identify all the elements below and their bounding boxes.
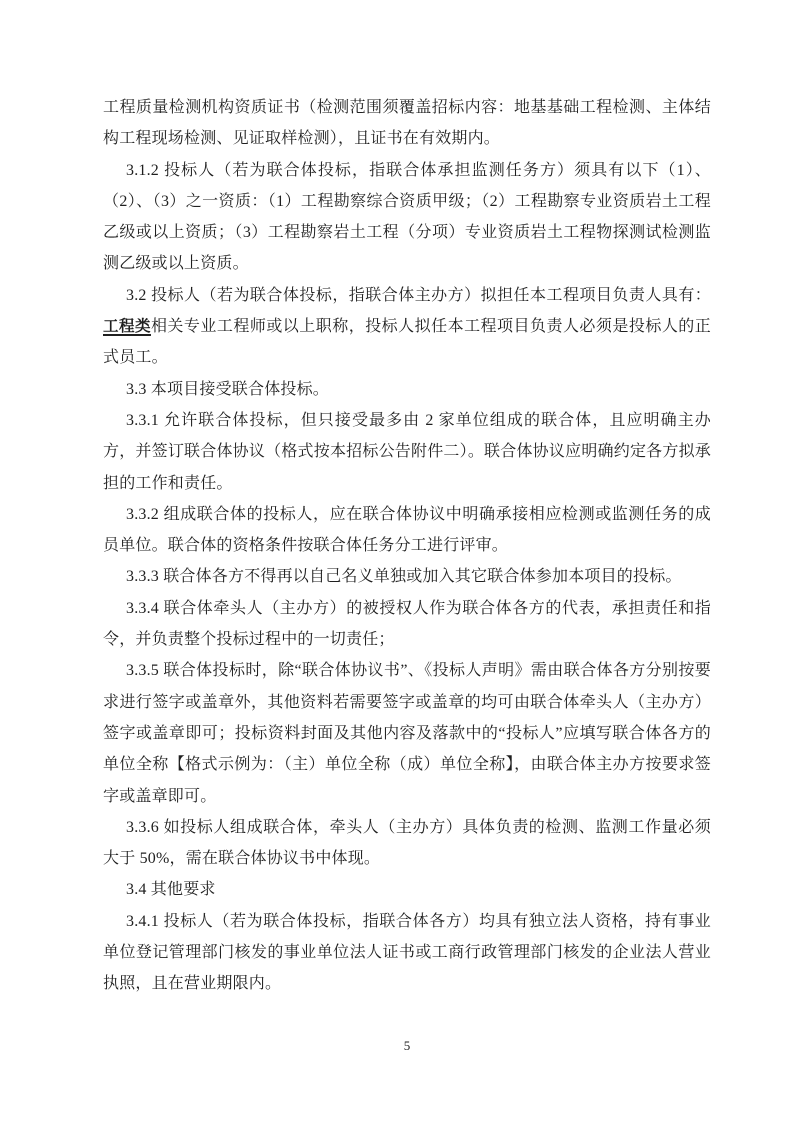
text-segment: 3.4.1 投标人（若为联合体投标，指联合体各方）均具有独立法人资格，持有事业单… [103, 913, 711, 993]
page-number: 5 [103, 1038, 711, 1054]
paragraph: 3.3 本项目接受联合体投标。 [103, 374, 711, 405]
text-segment: 3.1.2 投标人（若为联合体投标，指联合体承担监测任务方）须具有以下（1）、（… [103, 162, 711, 273]
text-segment: 3.3.6 如投标人组成联合体，牵头人（主办方）具体负责的检测、监测工作量必须大… [103, 819, 711, 867]
paragraph: 3.4 其他要求 [103, 874, 711, 905]
paragraph: 3.3.3 联合体各方不得再以自己名义单独或加入其它联合体参加本项目的投标。 [103, 561, 711, 592]
paragraph: 3.3.2 组成联合体的投标人，应在联合体协议中明确承接相应检测或监测任务的成员… [103, 499, 711, 562]
text-segment: 3.3.2 组成联合体的投标人，应在联合体协议中明确承接相应检测或监测任务的成员… [103, 506, 711, 554]
text-segment: 3.2 投标人（若为联合体投标，指联合体主办方）拟担任本工程项目负责人具有： [126, 287, 711, 304]
paragraph: 3.4.1 投标人（若为联合体投标，指联合体各方）均具有独立法人资格，持有事业单… [103, 906, 711, 1000]
paragraph: 工程质量检测机构资质证书（检测范围须覆盖招标内容：地基基础工程检测、主体结构工程… [103, 92, 711, 155]
document-page: 工程质量检测机构资质证书（检测范围须覆盖招标内容：地基基础工程检测、主体结构工程… [0, 0, 794, 1123]
text-segment: 3.3.4 联合体牵头人（主办方）的被授权人作为联合体各方的代表，承担责任和指令… [103, 600, 711, 648]
text-segment: 工程质量检测机构资质证书（检测范围须覆盖招标内容：地基基础工程检测、主体结构工程… [103, 99, 711, 147]
text-segment: 3.3.3 联合体各方不得再以自己名义单独或加入其它联合体参加本项目的投标。 [126, 568, 682, 585]
document-body: 工程质量检测机构资质证书（检测范围须覆盖招标内容：地基基础工程检测、主体结构工程… [103, 92, 711, 1000]
paragraph: 3.3.6 如投标人组成联合体，牵头人（主办方）具体负责的检测、监测工作量必须大… [103, 812, 711, 875]
text-segment: 3.3.5 联合体投标时，除“联合体协议书”、《投标人声明》需由联合体各方分别按… [103, 662, 711, 804]
text-segment: 相关专业工程师或以上职称，投标人拟任本工程项目负责人必须是投标人的正式员工。 [103, 318, 711, 366]
text-segment: 3.3.1 允许联合体投标，但只接受最多由 2 家单位组成的联合体，且应明确主办… [103, 412, 711, 492]
paragraph: 3.3.4 联合体牵头人（主办方）的被授权人作为联合体各方的代表，承担责任和指令… [103, 593, 711, 656]
paragraph: 3.3.5 联合体投标时，除“联合体协议书”、《投标人声明》需由联合体各方分别按… [103, 655, 711, 811]
text-segment: 3.3 本项目接受联合体投标。 [126, 381, 329, 398]
text-segment: 3.4 其他要求 [126, 881, 216, 898]
paragraph: 3.3.1 允许联合体投标，但只接受最多由 2 家单位组成的联合体，且应明确主办… [103, 405, 711, 499]
text-segment: 工程类 [103, 318, 151, 335]
paragraph: 3.1.2 投标人（若为联合体投标，指联合体承担监测任务方）须具有以下（1）、（… [103, 155, 711, 280]
paragraph: 3.2 投标人（若为联合体投标，指联合体主办方）拟担任本工程项目负责人具有：工程… [103, 280, 711, 374]
